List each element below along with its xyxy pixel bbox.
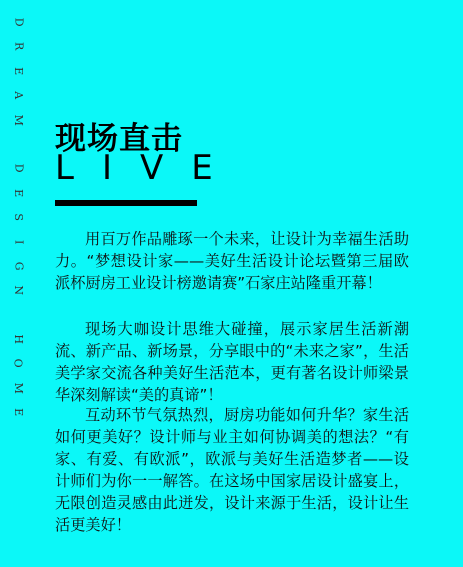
side-letter: S bbox=[6, 214, 30, 222]
page-subtitle: LIVE bbox=[55, 148, 241, 188]
side-letter: E bbox=[6, 67, 30, 75]
side-letter: D bbox=[6, 164, 30, 173]
side-letter: E bbox=[6, 408, 30, 416]
side-letter: G bbox=[6, 262, 30, 271]
side-letter: I bbox=[6, 240, 30, 244]
vertical-dream-design-home-text: D R E A M D E S I G N H O M E bbox=[10, 10, 26, 425]
side-letter: E bbox=[6, 189, 30, 197]
paragraph-intro: 用百万作品雕琢一个未来，让设计为幸福生活助力。“梦想设计家——美好生活设计论坛暨… bbox=[55, 228, 409, 294]
side-letter: D bbox=[6, 18, 30, 27]
side-letter: O bbox=[6, 359, 30, 368]
side-letter: M bbox=[6, 382, 30, 393]
side-letter: R bbox=[6, 42, 30, 50]
side-letter: A bbox=[6, 91, 30, 99]
paragraph-highlights: 现场大咖设计思维大碰撞，展示家居生活新潮流、新产品、新场景，分享眼中的“未来之家… bbox=[55, 318, 409, 406]
paragraph-interaction: 互动环节气氛热烈，厨房功能如何升华？家生活如何更美好？设计师与业主如何协调美的想… bbox=[55, 404, 409, 536]
side-letter: M bbox=[6, 114, 30, 125]
side-letter: N bbox=[6, 286, 30, 296]
side-letter: H bbox=[6, 334, 30, 344]
title-underline-bar bbox=[55, 200, 197, 206]
